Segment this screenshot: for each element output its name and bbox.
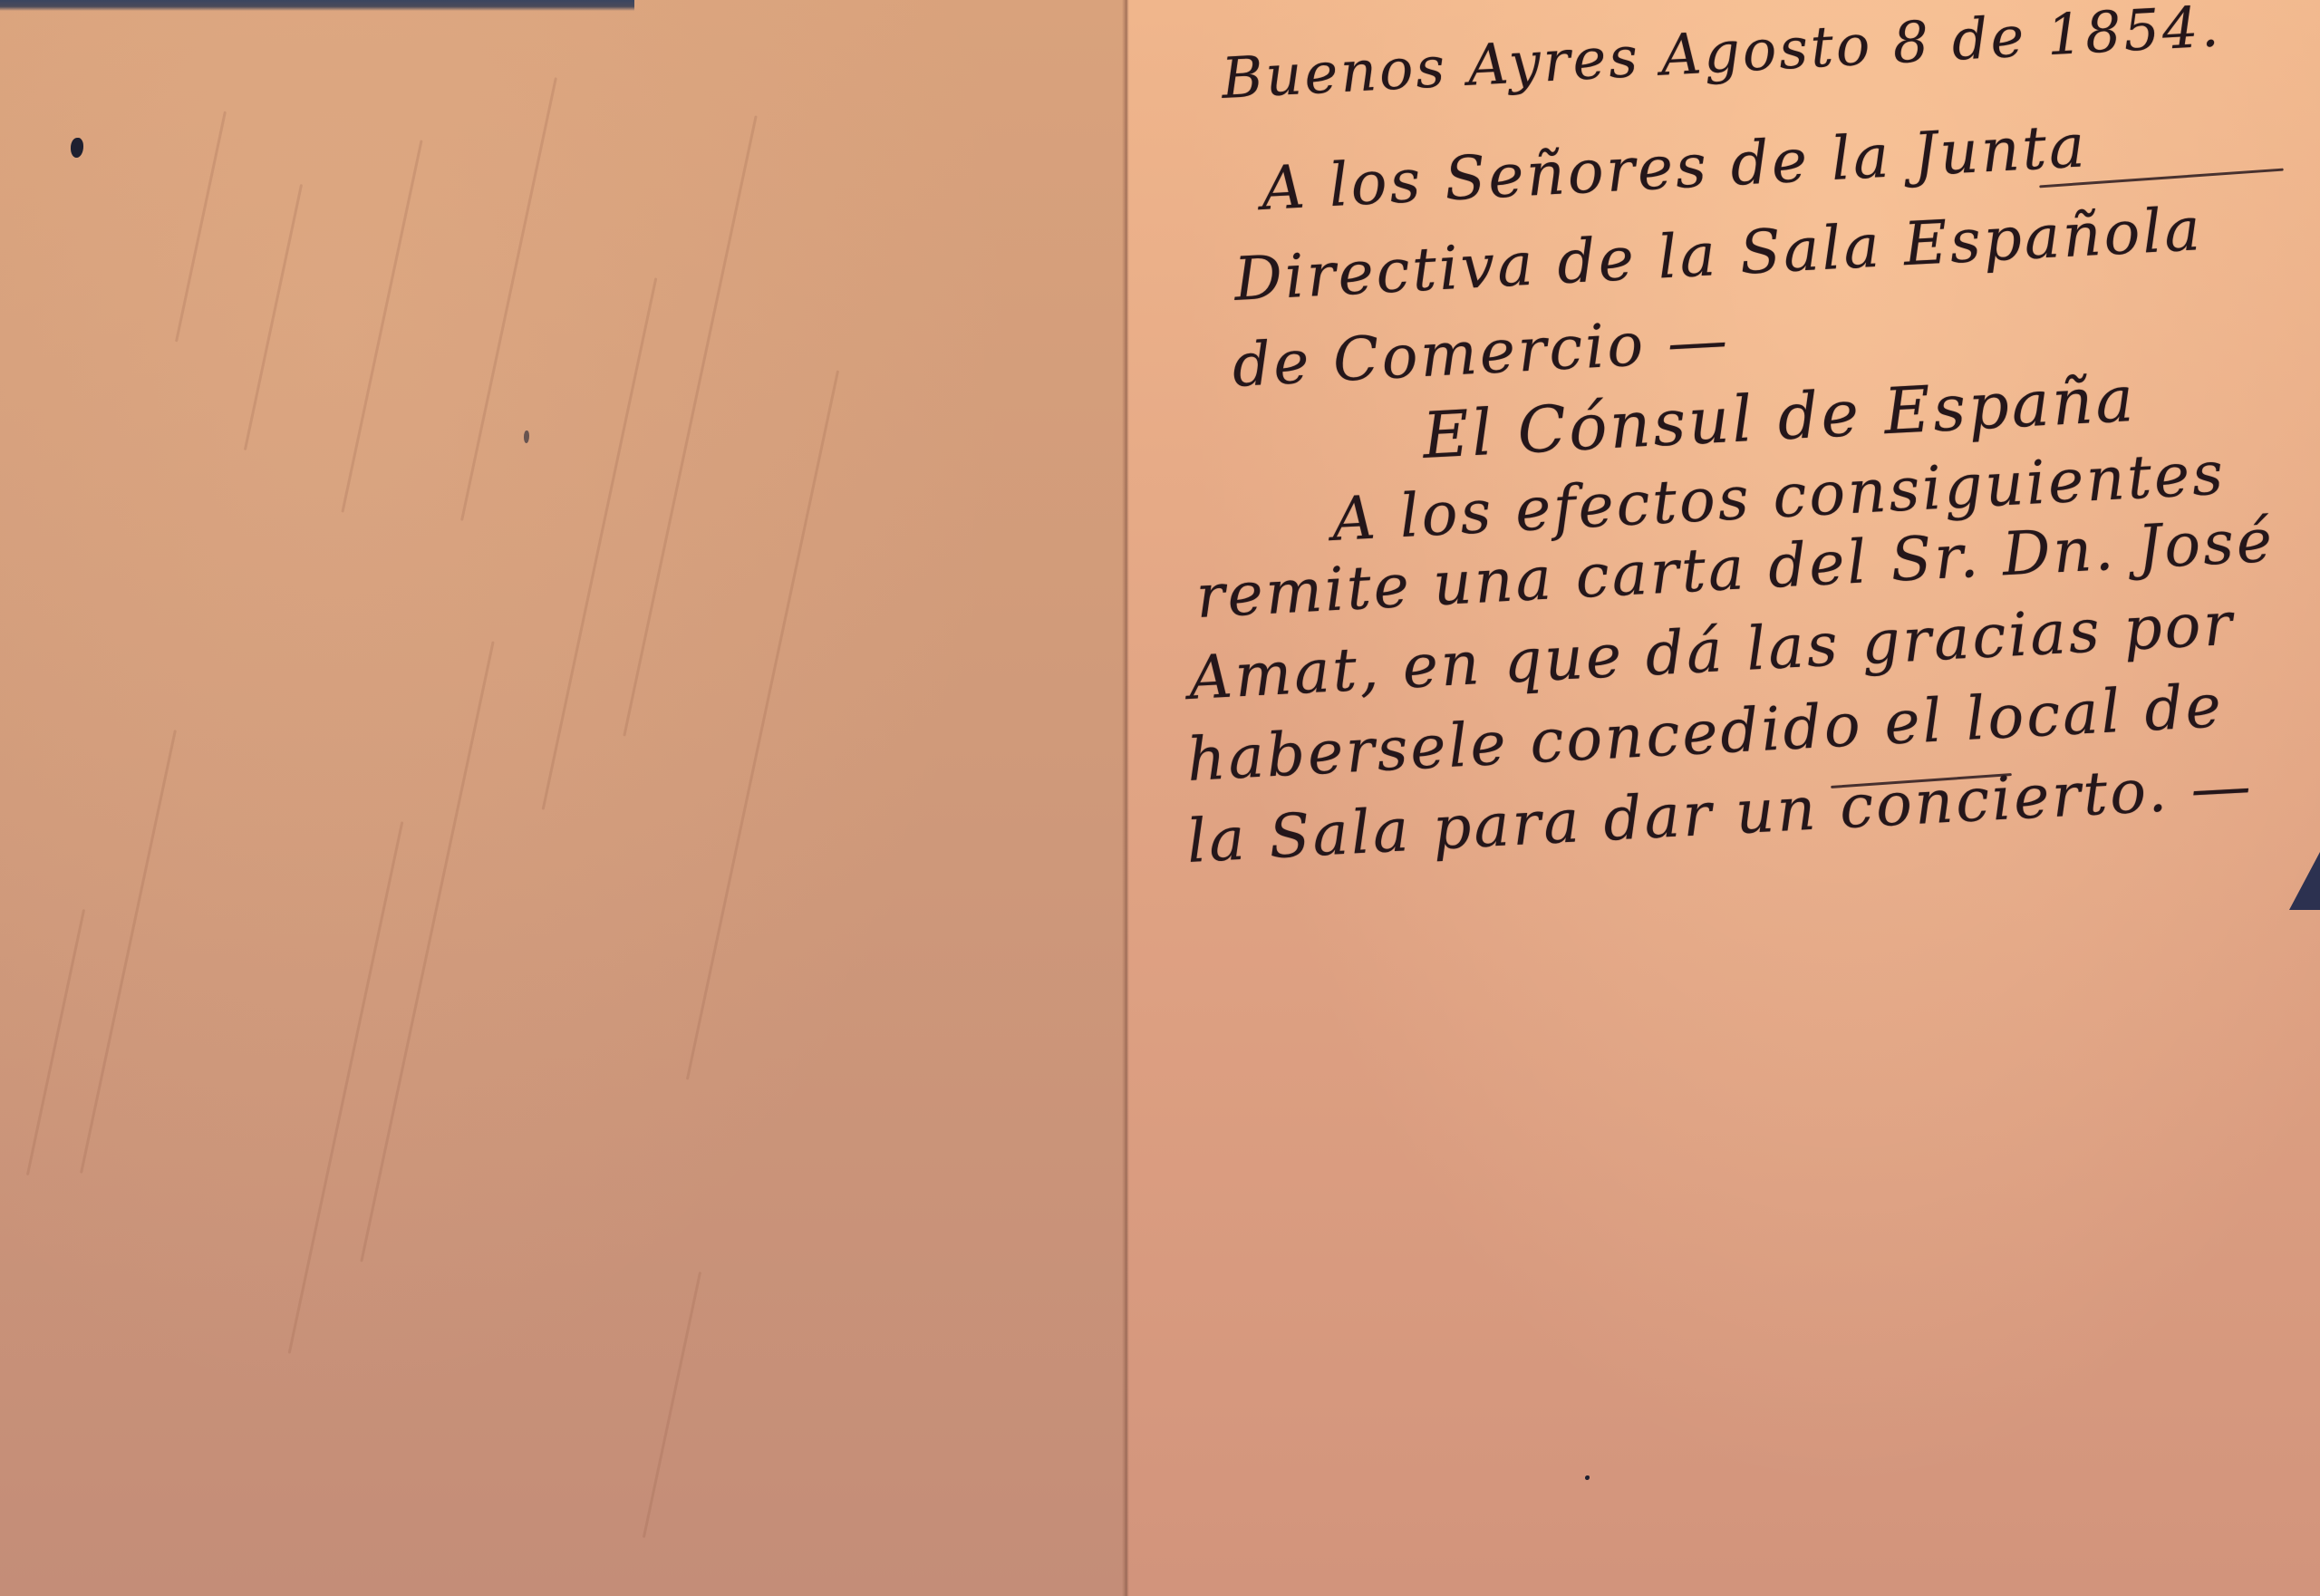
- center-fold: [1122, 0, 1129, 1596]
- torn-corner: [2289, 852, 2320, 910]
- bleed-through-stroke: [80, 730, 177, 1174]
- bleed-through-stroke: [341, 140, 422, 512]
- ink-speck: [524, 430, 529, 443]
- left-page: [0, 0, 1127, 1596]
- bleed-through-stroke: [360, 641, 494, 1262]
- torn-top-edge: [0, 0, 634, 11]
- document-spread: Buenos Ayres Agosto 8 de 1854. A los Señ…: [0, 0, 2320, 1596]
- bleed-through-stroke: [643, 1272, 701, 1538]
- bleed-through-stroke: [244, 184, 303, 450]
- bleed-through-stroke: [542, 277, 658, 810]
- bleed-through-stroke: [623, 115, 757, 736]
- bleed-through-stroke: [686, 370, 839, 1079]
- ink-speck: [1585, 1475, 1590, 1480]
- bleed-through-stroke: [288, 821, 404, 1354]
- bleed-through-stroke: [460, 77, 557, 521]
- bleed-through-stroke: [26, 909, 85, 1175]
- ink-blot: [71, 138, 83, 158]
- bleed-through-stroke: [175, 111, 227, 343]
